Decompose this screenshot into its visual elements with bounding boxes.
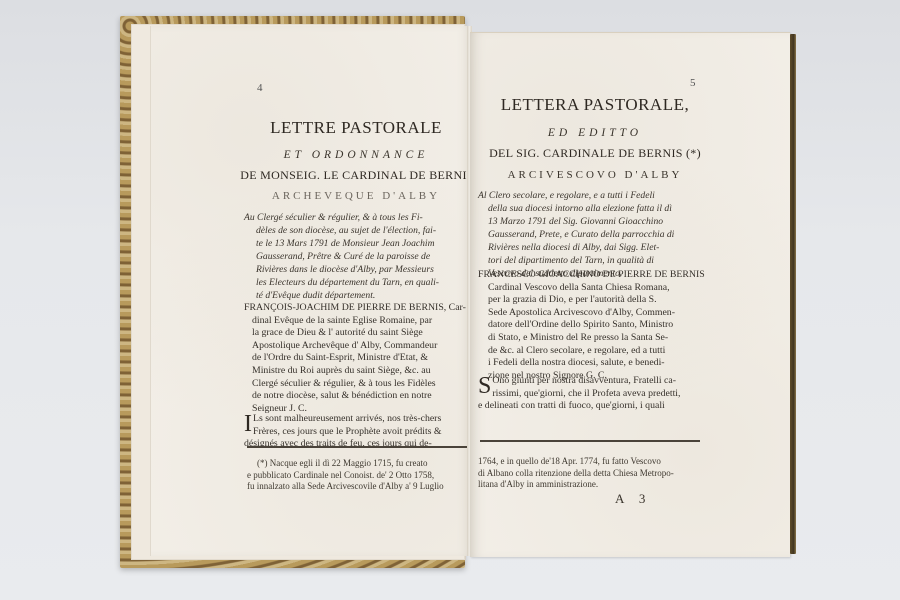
summary-line: dèles de son diocèse, au sujet de l'élec… — [244, 224, 470, 237]
address-line: Ministre du Roi auprès du saint Siège, &… — [244, 365, 470, 378]
footnote-block: (*) Nacque egli il dì 22 Maggio 1715, fu… — [247, 458, 471, 493]
address-line: Apostolique Archevêque d' Alby, Commande… — [244, 340, 470, 353]
address-line: de l'Ordre du Saint-Esprit, Ministre d'E… — [244, 352, 470, 365]
summary-line: Au Clergé séculier & régulier, & à tous … — [244, 211, 470, 224]
page-number: 4 — [257, 82, 263, 94]
address-line: FRANÇOIS-JOACHIM DE PIERRE DE BERNIS, Ca… — [244, 302, 470, 315]
body-text: S Ono giunti per nostra disavventura, Fr… — [478, 375, 708, 413]
address-line: la grace de Dieu & l' autorité du saint … — [244, 327, 470, 340]
address-block: FRANÇOIS-JOACHIM DE PIERRE DE BERNIS, Ca… — [244, 302, 470, 415]
footnote-block: 1764, e in quello de'18 Apr. 1774, fu fa… — [478, 456, 710, 491]
signature-mark: A 3 — [615, 491, 651, 507]
address-line: Cardinal Vescovo della Santa Chiesa Roma… — [478, 282, 708, 295]
footnote-rule — [480, 440, 700, 442]
footnote-line: 1764, e in quello de'18 Apr. 1774, fu fa… — [478, 456, 710, 468]
summary-block: Al Clero secolare, e regolare, e a tutti… — [478, 189, 708, 280]
body-line: rissimi, que'giorni, che il Profeta avev… — [478, 388, 708, 401]
summary-line: Gausserand, Prêtre & Curé de la paroisse… — [244, 250, 470, 263]
page-number: 5 — [690, 77, 696, 89]
summary-block: Au Clergé séculier & régulier, & à tous … — [244, 211, 470, 302]
right-page: 5 LETTERA PASTORALE, ED EDITTO DEL SIG. … — [470, 32, 790, 557]
cover-edge-right — [790, 34, 796, 554]
page-subtitle: ET ORDONNANCE — [241, 149, 471, 161]
page-title: LETTERA PASTORALE, — [480, 95, 710, 115]
footnote-rule — [247, 446, 471, 448]
address-lead: FRANCESCO GIOACCHINO DE PIERRE DE BERNIS — [478, 269, 708, 282]
footnote-line: di Albano colla ritenzione della detta C… — [478, 468, 710, 480]
page-heading: DEL SIG. CARDINALE DE BERNIS (*) — [478, 146, 712, 161]
left-page: 4 LETTRE PASTORALE ET ORDONNANCE DE MONS… — [150, 26, 471, 556]
address-line: Sede Apostolica Arcivescovo d'Alby, Comm… — [478, 307, 708, 320]
body-line: Ono giunti per nostra disavventura, Frat… — [478, 375, 708, 388]
page-subheading: ARCHEVEQUE D'ALBY — [241, 190, 471, 202]
address-line: dinal Evêque de la sainte Eglise Romaine… — [244, 315, 470, 328]
address-line: i Fedeli della nostra diocesi, salute, e… — [478, 357, 708, 370]
summary-line: Gausserand, Prete, e Curato della parroc… — [478, 228, 708, 241]
page-heading: DE MONSEIG. LE CARDINAL DE BERNIS — [239, 168, 475, 183]
page-subtitle: ED EDITTO — [480, 127, 710, 139]
page-title: LETTRE PASTORALE — [241, 118, 471, 138]
summary-line: 13 Marzo 1791 del Sig. Giovanni Gioacchi… — [478, 215, 708, 228]
footnote-line: e pubblicato Cardinale nel Conoist. de' … — [247, 470, 471, 482]
body-line: Frères, ces jours que le Prophète avoit … — [244, 426, 470, 439]
body-line: Ls sont malheureusement arrivés, nos trè… — [244, 413, 470, 426]
summary-line: te le 13 Mars 1791 de Monsieur Jean Joac… — [244, 237, 470, 250]
footnote-line: (*) Nacque egli il dì 22 Maggio 1715, fu… — [247, 458, 471, 470]
summary-line: les Electeurs du département du Tarn, en… — [244, 276, 470, 289]
body-line: désignés avec des traits de feu, ces jou… — [244, 438, 470, 451]
address-line: de notre diocèse, salut & bénédiction en… — [244, 390, 470, 403]
summary-line: Al Clero secolare, e regolare, e a tutti… — [478, 189, 708, 202]
drop-cap: S — [478, 375, 491, 397]
body-line: e delineati con tratti di fuoco, que'gio… — [478, 400, 708, 413]
address-line: datore dell'Ordine dello Spirito Santo, … — [478, 319, 708, 332]
address-line: de &c. al Clero secolare, e regolare, ed… — [478, 345, 708, 358]
summary-line: Rivières nella diocesi di Alby, dai Sigg… — [478, 241, 708, 254]
page-subheading: ARCIVESCOVO D'ALBY — [480, 169, 710, 181]
summary-line: té d'Evêque dudit département. — [244, 289, 470, 302]
footnote-line: litana d'Alby in amministrazione. — [478, 479, 710, 491]
address-block: FRANCESCO GIOACCHINO DE PIERRE DE BERNIS… — [478, 269, 708, 382]
address-line: per la grazia di Dio, e per l'autorità d… — [478, 294, 708, 307]
book-photo: 4 LETTRE PASTORALE ET ORDONNANCE DE MONS… — [0, 0, 900, 600]
footnote-line: fu innalzato alla Sede Arcivescovile d'A… — [247, 481, 471, 493]
address-line: Clergé séculier & régulier, & à tous les… — [244, 378, 470, 391]
summary-line: della sua diocesi intorno alla elezione … — [478, 202, 708, 215]
summary-line: tori del dipartimento del Tarn, in quali… — [478, 254, 708, 267]
summary-line: Rivières dans le diocèse d'Alby, par Mes… — [244, 263, 470, 276]
drop-cap: I — [244, 413, 252, 435]
address-line: di Stato, e Ministro del Re presso la Sa… — [478, 332, 708, 345]
address-lead: FRANÇOIS-JOACHIM DE PIERRE DE BERNIS — [244, 302, 444, 313]
